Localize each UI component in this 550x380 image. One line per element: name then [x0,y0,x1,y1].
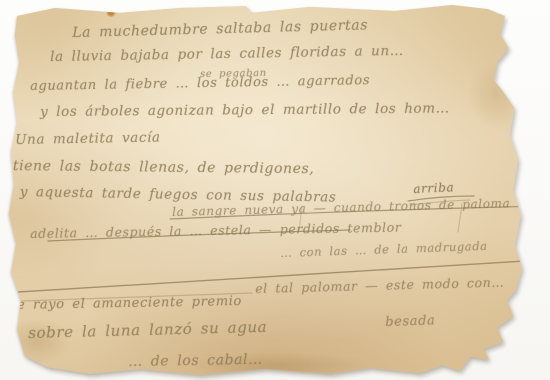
edge-blot-stain [468,60,524,130]
paper-sheet: La muchedumbre saltaba las puertas la ll… [0,0,550,380]
handwritten-line-14-cutoff: … de los cabal… [128,352,263,370]
manuscript-photo: La muchedumbre saltaba las puertas la ll… [0,0,550,380]
rust-spot-stain [106,8,116,17]
handwritten-line-13: sobre la luna lanzó su agua [28,318,267,342]
handwritten-line-1: La muchedumbre saltaba las puertas [72,17,368,41]
handwritten-line-12: de rayo el amaneciente premio [8,294,242,313]
handwritten-line-6: tiene las botas llenas, de perdigones, [13,158,315,177]
handwritten-line-2: la lluvia bajaba por las calles floridas… [50,43,404,65]
inserted-correction: se pegaban [200,68,267,80]
struck-line-2: adelita … después la … estela — perdidos… [30,220,402,241]
paper-shadow: La muchedumbre saltaba las puertas la ll… [0,0,550,380]
struck-line-4: el tal palomar — este modo con… [255,274,505,296]
underlined-margin-word: arriba [413,180,454,196]
struck-line-3: … con las … de la madrugada [280,239,488,260]
handwritten-line-5: Una maletita vacía [15,129,161,148]
handwritten-word-besada: besada [385,313,436,330]
handwritten-line-4: y los árboles agonizan bajo el martillo … [40,100,450,120]
